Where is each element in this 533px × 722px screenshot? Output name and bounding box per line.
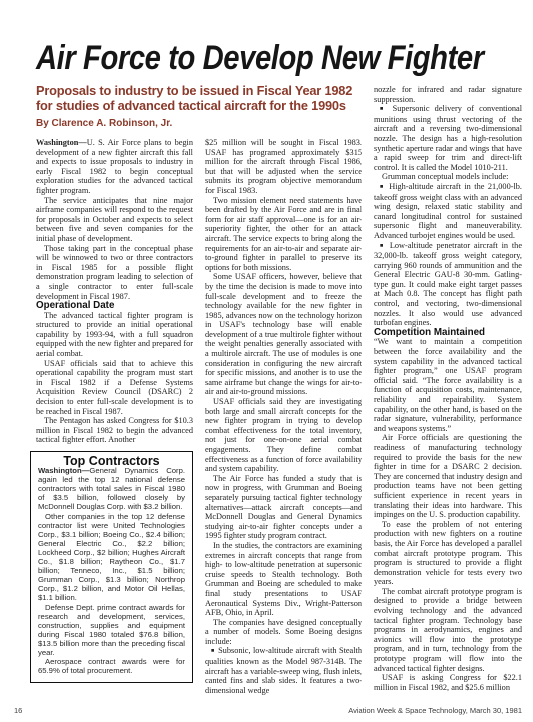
paragraph: Those taking part in the conceptual phas… <box>36 244 193 302</box>
subtitle-line-1: Proposals to industry to be issued in Fi… <box>36 83 352 98</box>
paragraph: The service anticipates that nine major … <box>36 196 193 244</box>
paragraph: USAF is asking Congress for $22.1 millio… <box>374 673 522 692</box>
bullet-square-icon: ■ <box>380 184 386 190</box>
byline: By Clarence A. Robinson, Jr. <box>36 118 362 129</box>
subtitle-line-2: for studies of advanced tactical aircraf… <box>36 98 346 113</box>
body-column-2: $25 million will be sought in Fiscal 198… <box>205 138 362 695</box>
subtitle: Proposals to industry to be issued in Fi… <box>36 83 362 113</box>
paragraph: The advanced tactical fighter program is… <box>36 311 193 359</box>
dateline: Washington— <box>38 466 89 475</box>
paragraph: Washington—General Dynamics Corp. again … <box>38 466 185 511</box>
paragraph: Aerospace contract awards were for 65.9%… <box>38 657 185 675</box>
article-title: Air Force to Develop New Fighter <box>36 40 522 76</box>
bullet-paragraph: ■ Supersonic delivery of conventional mu… <box>374 104 522 172</box>
body-column-1: Washington—U. S. Air Force plans to begi… <box>36 138 193 695</box>
paragraph: Some USAF officers, however, believe tha… <box>205 272 362 397</box>
paragraph: The companies have designed conceptually… <box>205 618 362 647</box>
paragraph: The combat aircraft prototype program is… <box>374 587 522 673</box>
paragraph: In the studies, the contractors are exam… <box>205 541 362 618</box>
body-column-3: nozzle for infrared and radar signature … <box>374 83 522 695</box>
paragraph: Washington—U. S. Air Force plans to begi… <box>36 138 193 196</box>
bullet-square-icon: ■ <box>380 106 387 112</box>
bullet-paragraph: ■ Low-altitude penetrator aircraft in th… <box>374 241 522 328</box>
bullet-square-icon: ■ <box>211 648 216 654</box>
paragraph: To ease the problem of not entering prod… <box>374 520 522 587</box>
article-title-text: Air Force to Develop New Fighter <box>36 40 484 76</box>
paragraph: Other companies in the top 12 defense co… <box>38 512 185 603</box>
journal-footer: Aviation Week & Space Technology, March … <box>348 706 522 715</box>
paragraph: The Pentagon has asked Congress for $10.… <box>36 416 193 445</box>
bullet-square-icon: ■ <box>380 243 386 249</box>
magazine-page: Air Force to Develop New Fighter Proposa… <box>0 0 533 722</box>
page-footer: 16 Aviation Week & Space Technology, Mar… <box>14 706 522 715</box>
dateline: Washington— <box>36 138 87 147</box>
paragraph: USAF officials said that to achieve this… <box>36 359 193 417</box>
left-block: Proposals to industry to be issued in Fi… <box>36 83 362 695</box>
contractors-box-title: Top Contractors <box>38 457 185 466</box>
article-body: Proposals to industry to be issued in Fi… <box>36 83 522 695</box>
paragraph: nozzle for infrared and radar signature … <box>374 85 522 104</box>
paragraph: Defense Dept. prime contract awards for … <box>38 603 185 658</box>
contractors-box: Top Contractors Washington—General Dynam… <box>30 451 193 683</box>
bullet-paragraph: ■ High-altitude aircraft in the 21,000-l… <box>374 182 522 241</box>
page-number: 16 <box>14 706 22 715</box>
paragraph: Grumman conceptual models include: <box>374 172 522 182</box>
paragraph: Air Force officials are questioning the … <box>374 433 522 519</box>
section-heading-operational-date: Operational Date <box>36 301 193 311</box>
bullet-paragraph: ■ Subsonic, low-altitude aircraft with S… <box>205 646 362 695</box>
left-columns: Washington—U. S. Air Force plans to begi… <box>36 138 362 695</box>
paragraph: Two mission element need statements have… <box>205 196 362 273</box>
paragraph: $25 million will be sought in Fiscal 198… <box>205 138 362 196</box>
paragraph: The Air Force has funded a study that is… <box>205 474 362 541</box>
paragraph: “We want to maintain a competition betwe… <box>374 337 522 433</box>
paragraph: USAF officials said they are investigati… <box>205 397 362 474</box>
section-heading-competition-maintained: Competition Maintained <box>374 328 522 338</box>
